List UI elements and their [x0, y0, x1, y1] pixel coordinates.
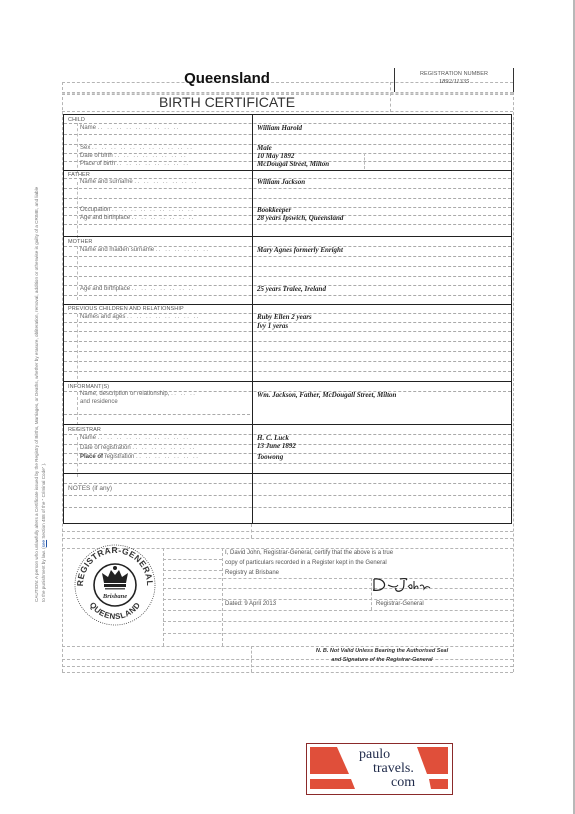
- section-registrar-label: REGISTRAR: [68, 427, 101, 433]
- father-occupation-label: Occupation .. .. .. .. .. .. .. .. ..: [80, 207, 194, 213]
- state-title: Queensland: [62, 70, 392, 87]
- section-previous-children-label: PREVIOUS CHILDREN AND RELATIONSHIP: [68, 306, 184, 312]
- svg-text:QUEENSLAND: QUEENSLAND: [88, 601, 143, 622]
- child-name-label: Name .. .. .. .. .. .. .. .. ..: [80, 125, 180, 131]
- caution-notice: CAUTION: A person who unlawfully alters …: [33, 182, 47, 602]
- certification-line-3: Registry at Brisbane: [225, 570, 279, 576]
- document-type-title: BIRTH CERTIFICATE: [62, 94, 392, 110]
- child-dob-value: 10 May 1892: [257, 152, 294, 160]
- father-age-value: 28 years Ipswich, Queensland: [257, 214, 343, 222]
- father-occupation-value: Bookkeeper: [257, 206, 291, 214]
- previous-child-entry: Ivy 1 yeras: [257, 322, 288, 330]
- informant-value: Wm. Jackson, Father, McDougall Street, M…: [257, 391, 396, 399]
- logo-line-1: paulo: [359, 748, 390, 762]
- certification-line-1: I, David John, Registrar-General, certif…: [225, 550, 393, 556]
- validity-note-line-2: and Signature of the Registrar-General: [251, 657, 513, 663]
- logo-line-3: com: [391, 776, 415, 790]
- date-issued: Dated: 9 April 2013: [225, 601, 276, 607]
- svg-text:Brisbane: Brisbane: [102, 593, 127, 600]
- caution-link[interactable]: see: [41, 540, 46, 547]
- registration-number-label: REGISTRATION NUMBER: [395, 71, 513, 77]
- particulars-table: CHILD Name .. .. .. .. .. .. .. .. .. Wi…: [63, 114, 512, 524]
- signatory-title: Registrar-General: [376, 601, 424, 607]
- registrar-signature: [370, 576, 440, 594]
- child-sex-label: Sex .. .. .. .. .. .. .. .. .. .. ..: [80, 145, 193, 151]
- registration-date-label: Date of registration .. .. .. .. .. .. .…: [80, 445, 196, 451]
- validity-note-line-1: N. B. Not Valid Unless Bearing the Autho…: [251, 648, 513, 654]
- mother-age-label: Age and birthplace .. .. .. .. .. .. ..: [80, 286, 195, 292]
- child-pob-label: Place of birth .. .. .. .. .. .. .. ..: [80, 161, 190, 167]
- caution-text: CAUTION: A person who unlawfully alters …: [34, 187, 46, 602]
- mother-age-value: 25 years Tralee, Ireland: [257, 285, 326, 293]
- informant-residence-label: and residence: [80, 399, 118, 405]
- registration-date-value: 13 June 1892: [257, 442, 296, 450]
- informant-desc-label: Name, description or relationship, .. ..…: [80, 391, 196, 397]
- father-age-label: Age and birthplace .. .. .. .. .. .. ..: [80, 215, 195, 221]
- caution-suffix: Section 488 of the " Criminal Code" ).: [41, 463, 46, 539]
- father-name-label: Name and surname .. .. .. .. .. .. ..: [80, 179, 198, 185]
- registration-number: 1892/11335: [395, 78, 513, 85]
- previous-child-entry: Ruby Ellen 2 years: [257, 313, 312, 321]
- crown-icon: [102, 566, 128, 590]
- logo-line-2: travels.: [373, 762, 414, 776]
- registration-place-label: Place of registration .. .. .. .. .. .. …: [80, 454, 199, 460]
- notes-label: NOTES (if any): [68, 485, 112, 492]
- father-name-value: William Jackson: [257, 178, 305, 186]
- certification-line-2: copy of particulars recorded in a Regist…: [225, 560, 387, 566]
- registration-place-value: Toowong: [257, 453, 283, 461]
- child-dob-label: Date of birth .. .. .. .. .. .. .. ..: [80, 153, 187, 159]
- child-name-value: William Harold: [257, 124, 302, 132]
- registrar-name-label: Name .. .. .. .. .. .. .. .. .. ..: [80, 435, 190, 441]
- section-mother-label: MOTHER: [68, 239, 92, 245]
- previous-children-names-label: Names and ages .. .. .. .. .. .. .. ..: [80, 314, 200, 320]
- registration-number-box: REGISTRATION NUMBER 1892/11335: [394, 68, 514, 92]
- mother-name-value: Mary Agnes formerly Enright: [257, 246, 343, 254]
- watermark-logo: paulo travels. com: [306, 743, 453, 795]
- mother-name-label: Name and maiden surname .. .. .. .. .. .…: [80, 247, 210, 253]
- child-pob-value: McDougal Street, Milton: [257, 160, 329, 168]
- registrar-general-seal: REGISTRAR-GENERAL QUEENSLAND Brisbane: [73, 543, 157, 627]
- registrar-name-value: H. C. Luck: [257, 434, 289, 442]
- section-informant-label: INFORMANT(S): [68, 384, 109, 390]
- child-sex-value: Male: [257, 144, 272, 152]
